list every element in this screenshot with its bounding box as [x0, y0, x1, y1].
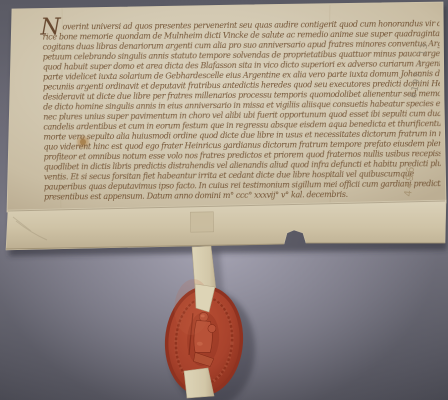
parchment-sheet — [7, 2, 446, 212]
photograph: N overint universi ad quos presentes per… — [0, 0, 448, 400]
tag-slit-patch — [190, 212, 213, 232]
stain-mark-core — [80, 139, 86, 145]
parchment-artwork — [0, 0, 448, 400]
